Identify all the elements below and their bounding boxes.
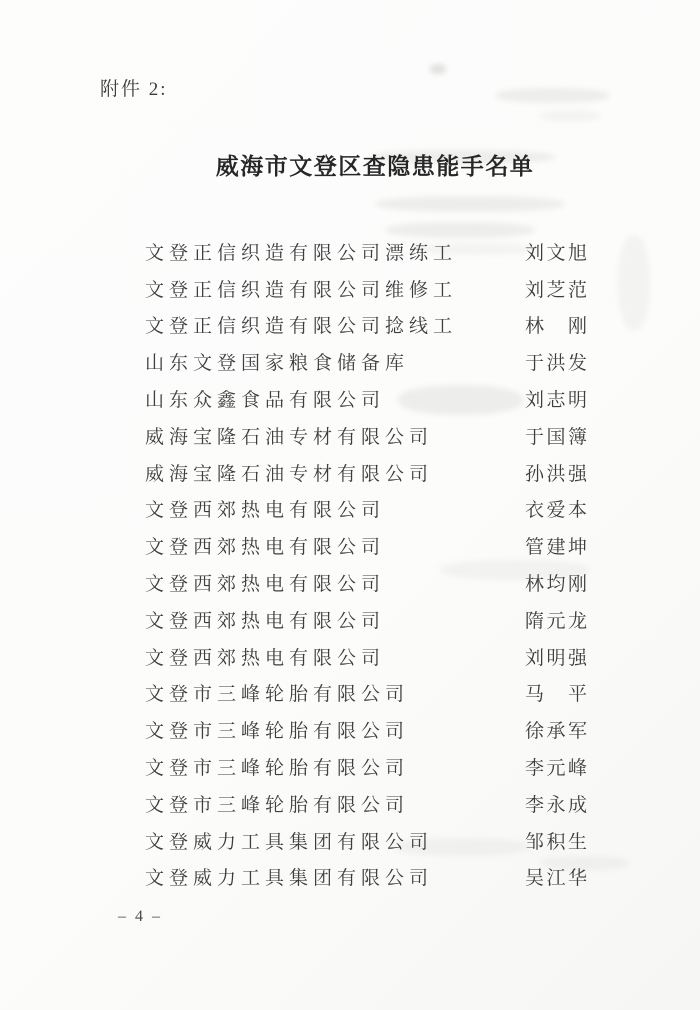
company-cell: 文登市三峰轮胎有限公司: [145, 790, 525, 817]
company-cell: 威海宝隆石油专材有限公司: [145, 459, 525, 486]
company-cell: 文登威力工具集团有限公司: [145, 863, 525, 890]
attachment-label: 附件 2:: [100, 74, 168, 101]
roster-row: 文登正信织造有限公司漂练工 刘文旭: [145, 233, 615, 270]
scan-artifact-blob: [618, 235, 650, 330]
roster-row: 文登市三峰轮胎有限公司 李永成: [145, 785, 615, 822]
scan-artifact-blob: [375, 196, 565, 212]
roster-row: 文登西郊热电有限公司 林均刚: [145, 564, 615, 601]
roster-row: 文登西郊热电有限公司 刘明强: [145, 638, 615, 675]
company-cell: 文登正信织造有限公司漂练工: [145, 238, 525, 265]
roster-row: 文登西郊热电有限公司 隋元龙: [145, 601, 615, 638]
person-name-cell: 吴江华: [525, 863, 590, 890]
roster-row: 山东众鑫食品有限公司 刘志明: [145, 380, 615, 417]
person-name-cell: 于国簿: [525, 422, 590, 449]
roster-row: 文登西郊热电有限公司 管建坤: [145, 527, 615, 564]
company-cell: 文登正信织造有限公司维修工: [145, 275, 525, 302]
company-cell: 文登西郊热电有限公司: [145, 606, 525, 633]
person-name-cell: 李永成: [525, 790, 590, 817]
person-name-cell: 林 刚: [525, 311, 590, 338]
person-name-cell: 刘芝范: [525, 275, 590, 302]
company-cell: 山东文登国家粮食储备库: [145, 348, 525, 375]
person-name-cell: 林均刚: [525, 569, 590, 596]
roster-row: 文登威力工具集团有限公司 邹积生: [145, 822, 615, 859]
person-name-cell: 马 平: [525, 679, 590, 706]
company-cell: 文登西郊热电有限公司: [145, 569, 525, 596]
scan-artifact-blob: [540, 110, 600, 122]
person-name-cell: 管建坤: [525, 532, 590, 559]
person-name-cell: 邹积生: [525, 827, 590, 854]
roster-row: 文登正信织造有限公司维修工 刘芝范: [145, 270, 615, 307]
roster-row: 文登市三峰轮胎有限公司 李元峰: [145, 748, 615, 785]
person-name-cell: 衣爱本: [525, 495, 590, 522]
person-name-cell: 李元峰: [525, 753, 590, 780]
person-name-cell: 刘明强: [525, 643, 590, 670]
company-cell: 山东众鑫食品有限公司: [145, 385, 525, 412]
company-cell: 文登市三峰轮胎有限公司: [145, 679, 525, 706]
scanned-document-page: 附件 2: 威海市文登区查隐患能手名单 文登正信织造有限公司漂练工 刘文旭 文登…: [0, 0, 700, 1010]
company-cell: 文登西郊热电有限公司: [145, 532, 525, 559]
company-cell: 文登西郊热电有限公司: [145, 643, 525, 670]
person-name-cell: 孙洪强: [525, 459, 590, 486]
scan-artifact-blob: [495, 88, 610, 103]
roster-row: 威海宝隆石油专材有限公司 于国簿: [145, 417, 615, 454]
roster-row: 文登市三峰轮胎有限公司 马 平: [145, 675, 615, 712]
company-cell: 文登正信织造有限公司捻线工: [145, 311, 525, 338]
person-name-cell: 于洪发: [525, 348, 590, 375]
roster-row: 文登威力工具集团有限公司 吴江华: [145, 859, 615, 896]
roster-list: 文登正信织造有限公司漂练工 刘文旭 文登正信织造有限公司维修工 刘芝范 文登正信…: [145, 233, 615, 895]
roster-row: 文登西郊热电有限公司 衣爱本: [145, 491, 615, 528]
company-cell: 文登威力工具集团有限公司: [145, 827, 525, 854]
person-name-cell: 刘志明: [525, 385, 590, 412]
page-number: – 4 –: [118, 908, 160, 926]
company-cell: 文登市三峰轮胎有限公司: [145, 716, 525, 743]
document-title: 威海市文登区查隐患能手名单: [25, 148, 700, 181]
scan-artifact-blob: [430, 64, 446, 74]
company-cell: 文登市三峰轮胎有限公司: [145, 753, 525, 780]
company-cell: 文登西郊热电有限公司: [145, 495, 525, 522]
person-name-cell: 隋元龙: [525, 606, 590, 633]
person-name-cell: 刘文旭: [525, 238, 590, 265]
roster-row: 文登正信织造有限公司捻线工 林 刚: [145, 307, 615, 344]
company-cell: 威海宝隆石油专材有限公司: [145, 422, 525, 449]
roster-row: 山东文登国家粮食储备库 于洪发: [145, 343, 615, 380]
person-name-cell: 徐承军: [525, 716, 590, 743]
roster-row: 文登市三峰轮胎有限公司 徐承军: [145, 711, 615, 748]
roster-row: 威海宝隆石油专材有限公司 孙洪强: [145, 454, 615, 491]
